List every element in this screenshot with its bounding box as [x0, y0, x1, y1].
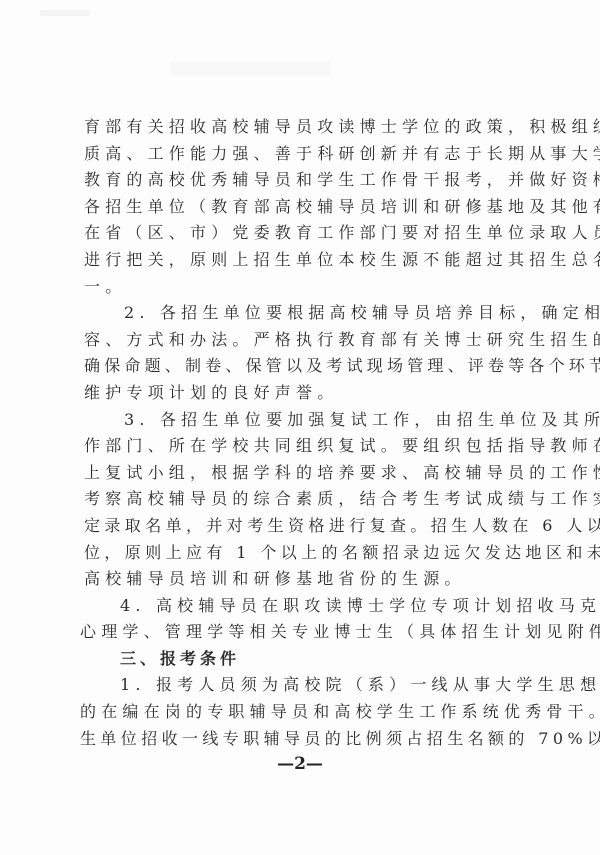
document-page: 育部有关招收高校辅导员攻读博士学位的政策，积极组织推荐综合素 质高、工作能力强、… [0, 0, 600, 855]
page-number: —2— [0, 754, 600, 774]
text-line: 的在编在岗的专职辅导员和高校学生工作系统优秀骨干。其中，各招 [80, 699, 530, 726]
text-line: 位，原则上应有 1 个以上的名额招录边远欠发达地区和未设立教育部 [84, 540, 530, 567]
text-line: 高校辅导员培训和研修基地省份的生源。 [84, 566, 530, 593]
section-heading: 三、报考条件 [80, 646, 530, 673]
text-line: 容、方式和办法。严格执行教育部有关博士研究生招生的相关规定， [84, 327, 530, 354]
text-line: 考察高校辅导员的综合素质，结合考生考试成绩与工作实绩，择优确 [84, 486, 530, 513]
text-line: 定录取名单，并对考生资格进行复查。招生人数在 6 人以上的招生单 [84, 513, 530, 540]
paragraph-start-1: 1. 报考人员须为高校院（系）一线从事大学生思想政治教育工作 [80, 672, 530, 699]
text-line: 上复试小组，根据学科的培养要求、高校辅导员的工作性质和特点， [84, 460, 530, 487]
text-line: 确保命题、制卷、保管以及考试现场管理、评卷等各个环节公平公正， [84, 353, 530, 380]
paragraph-start-3: 3. 各招生单位要加强复试工作，由招生单位及其所在省级教育工 [84, 407, 530, 434]
text-line: 教育的高校优秀辅导员和学生工作骨干报考，并做好资格审查工作。 [84, 167, 530, 194]
text-line: 心理学、管理学等相关专业博士生（具体招生计划见附件 1）。 [80, 619, 530, 646]
body-text: 育部有关招收高校辅导员攻读博士学位的政策，积极组织推荐综合素 质高、工作能力强、… [84, 114, 530, 752]
text-line: 生单位招收一线专职辅导员的比例须占招生名额的 70%以上。报考人 [80, 726, 530, 753]
scan-artifact [170, 62, 330, 76]
text-line: 育部有关招收高校辅导员攻读博士学位的政策，积极组织推荐综合素 [84, 114, 530, 141]
text-line: 作部门、所在学校共同组织复试。要组织包括指导教师在内的三人以 [84, 433, 530, 460]
text-line: 一。 [84, 274, 530, 301]
paragraph-start-4: 4. 高校辅导员在职攻读博士学位专项计划招收马克思主义理论、 [80, 593, 530, 620]
text-line: 维护专项计划的良好声誉。 [84, 380, 530, 407]
text-line: 质高、工作能力强、善于科研创新并有志于长期从事大学生思想政治 [84, 141, 530, 168]
scan-artifact [40, 10, 90, 16]
paragraph-start-2: 2. 各招生单位要根据高校辅导员培养目标，确定相应的考核内 [84, 300, 530, 327]
text-line: 进行把关，原则上招生单位本校生源不能超过其招生总名额的三分之 [84, 247, 530, 274]
text-line: 各招生单位（教育部高校辅导员培训和研修基地及其他有关高校）所 [84, 194, 530, 221]
text-line: 在省（区、市）党委教育工作部门要对招生单位录取人员的比例结构 [84, 220, 530, 247]
